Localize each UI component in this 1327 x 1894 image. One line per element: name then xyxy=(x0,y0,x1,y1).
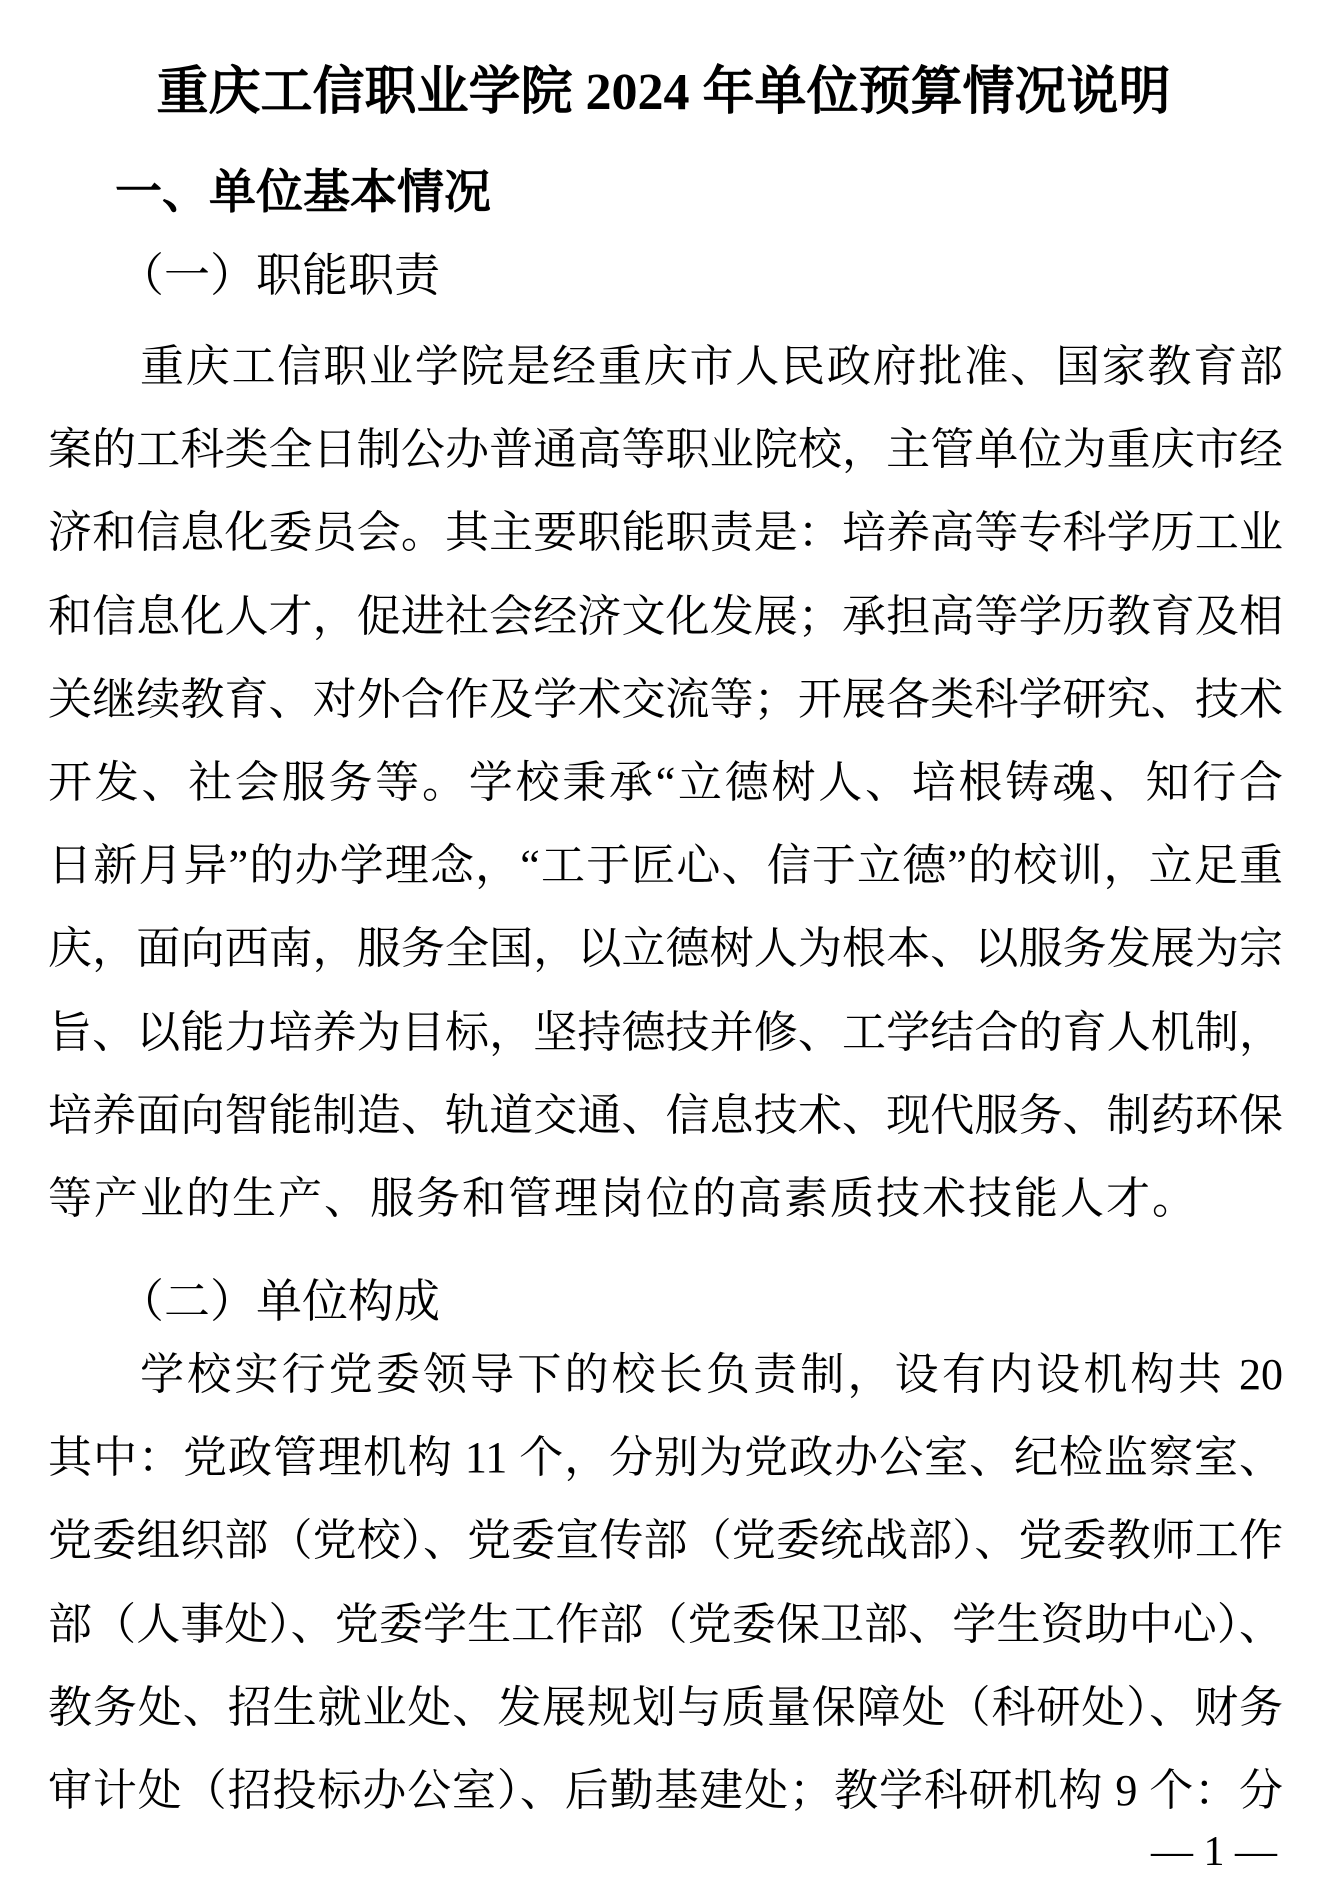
text-line: 重庆工信职业学院是经重庆市人民政府批准、国家教育部备 xyxy=(48,325,1283,408)
page-number: — 1 — xyxy=(1151,1828,1277,1876)
section-heading-basic-info: 一、单位基本情况 xyxy=(115,163,491,221)
subsection-heading-composition: （二）单位构成 xyxy=(118,1273,440,1331)
text-line: 审计处（招投标办公室）、后勤基建处；教学科研机构 9 个：分 xyxy=(48,1749,1283,1832)
document-page: 重庆工信职业学院 2024 年单位预算情况说明 一、单位基本情况 （一）职能职责… xyxy=(0,0,1327,1894)
text-line: 关继续教育、对外合作及学术交流等；开展各类科学研究、技术 xyxy=(48,658,1283,741)
text-line: 日新月异”的办学理念，“工于匠心、信于立德”的校训，立足重 xyxy=(48,824,1283,907)
paragraph-duties: 重庆工信职业学院是经重庆市人民政府批准、国家教育部备案的工科类全日制公办普通高等… xyxy=(48,325,1283,1240)
text-line: 其中：党政管理机构 11 个，分别为党政办公室、纪检监察室、 xyxy=(48,1416,1283,1499)
subsection-heading-duties: （一）职能职责 xyxy=(118,247,440,305)
text-line: 学校实行党委领导下的校长负责制，设有内设机构共 20 个， xyxy=(48,1333,1283,1416)
text-line: 党委组织部（党校）、党委宣传部（党委统战部）、党委教师工作 xyxy=(48,1499,1283,1582)
text-line: 和信息化人才，促进社会经济文化发展；承担高等学历教育及相 xyxy=(48,575,1283,658)
paragraph-composition: 学校实行党委领导下的校长负责制，设有内设机构共 20 个，其中：党政管理机构 1… xyxy=(48,1333,1283,1832)
text-line: 庆，面向西南，服务全国，以立德树人为根本、以服务发展为宗 xyxy=(48,907,1283,990)
text-line: 旨、以能力培养为目标，坚持德技并修、工学结合的育人机制， xyxy=(48,991,1283,1074)
text-line: 济和信息化委员会。其主要职能职责是：培养高等专科学历工业 xyxy=(48,491,1283,574)
text-line: 部（人事处）、党委学生工作部（党委保卫部、学生资助中心）、 xyxy=(48,1583,1283,1666)
text-line: 培养面向智能制造、轨道交通、信息技术、现代服务、制药环保 xyxy=(48,1074,1283,1157)
text-line: 案的工科类全日制公办普通高等职业院校，主管单位为重庆市经 xyxy=(48,408,1283,491)
text-line: 教务处、招生就业处、发展规划与质量保障处（科研处）、财务 xyxy=(48,1666,1283,1749)
document-title: 重庆工信职业学院 2024 年单位预算情况说明 xyxy=(0,58,1327,128)
text-line: 等产业的生产、服务和管理岗位的高素质技术技能人才。 xyxy=(48,1157,1283,1240)
text-line: 开发、社会服务等。学校秉承“立德树人、培根铸魂、知行合一、 xyxy=(48,741,1283,824)
